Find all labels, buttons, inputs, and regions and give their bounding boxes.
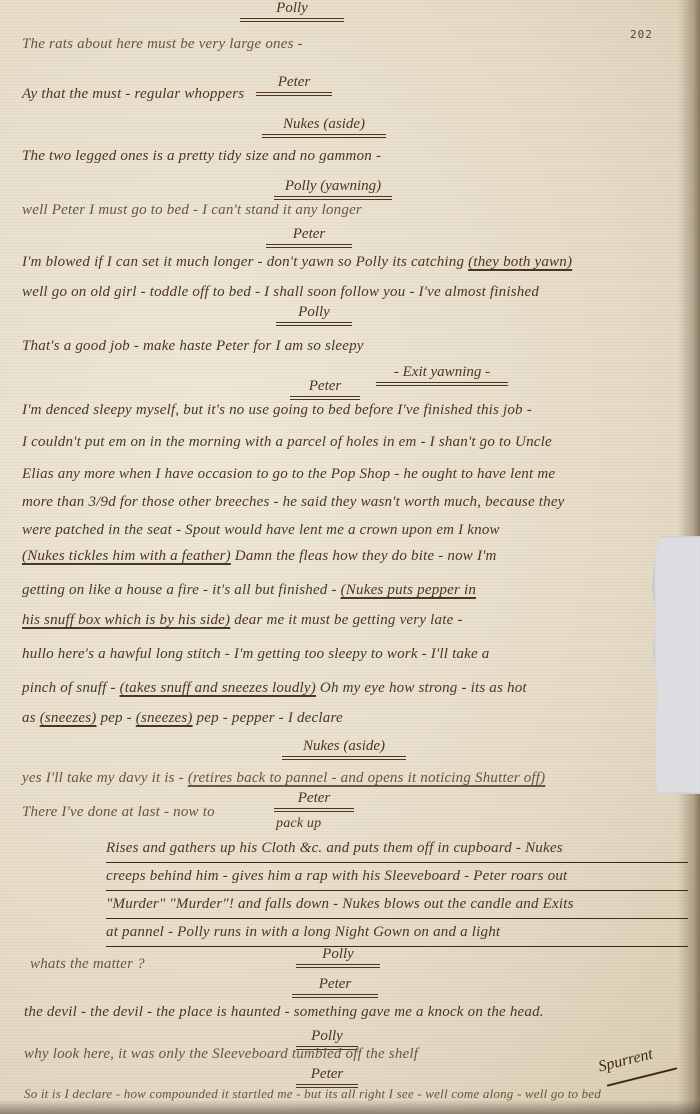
dialogue-line: the devil - the devil - the place is hau… [24, 1004, 544, 1021]
speaker-heading: Polly [240, 0, 344, 22]
speaker-heading: Nukes (aside) [282, 738, 406, 760]
dialogue-line: whats the matter ? [30, 956, 145, 973]
dialogue-text: yes I'll take my davy it is - [22, 770, 184, 786]
dialogue-line: There I've done at last - now to [22, 804, 215, 821]
speaker-name: Peter [298, 790, 330, 806]
speaker-heading: Polly [276, 304, 352, 326]
speaker-name: Nukes (aside) [303, 738, 385, 754]
stage-direction: (sneezes) [136, 710, 193, 726]
stage-direction: (Nukes tickles him with a feather) [22, 548, 231, 564]
dialogue-text: pinch of snuff - [22, 680, 116, 696]
speaker-heading: Peter [296, 1066, 358, 1088]
dialogue-text: as [22, 710, 36, 726]
dialogue-line: Ay that the must - regular whoppers [22, 86, 244, 103]
speaker-name: Peter [311, 1066, 343, 1082]
speaker-name: Polly [322, 946, 354, 962]
dialogue-text: Damn the fleas how they do bite - now I'… [235, 548, 497, 564]
dialogue-line: The two legged ones is a pretty tidy siz… [22, 148, 381, 165]
stage-direction: (sneezes) [40, 710, 97, 726]
dialogue-text: I'm blowed if I can set it much longer -… [22, 254, 464, 270]
torn-paper-region [652, 536, 700, 794]
dialogue-line: well Peter I must go to bed - I can't st… [22, 202, 362, 219]
speaker-name: Peter [278, 74, 310, 90]
speaker-name: Peter [309, 378, 341, 394]
speaker-name: Peter [293, 226, 325, 242]
speaker-heading: Polly [296, 946, 380, 968]
speaker-name: Polly (yawning) [285, 178, 381, 194]
dialogue-text: getting on like a house a fire - it's al… [22, 582, 337, 598]
underline-rule [106, 946, 688, 947]
page-bottom-shadow [0, 1100, 700, 1114]
stage-direction: (Nukes puts pepper in [341, 582, 476, 598]
caret-insert: pack up [276, 816, 321, 832]
dialogue-line: as (sneezes) pep - (sneezes) pep - peppe… [22, 710, 343, 727]
dialogue-text: dear me it must be getting very late - [234, 612, 462, 628]
dialogue-line: why look here, it was only the Sleeveboa… [24, 1046, 418, 1063]
speaker-heading: Peter [274, 790, 354, 812]
underline-rule [106, 890, 688, 891]
dialogue-line: more than 3/9d for those other breeches … [22, 494, 565, 511]
exit-direction: - Exit yawning - [376, 364, 508, 386]
speaker-name: Polly [311, 1028, 343, 1044]
speaker-name: Peter [319, 976, 351, 992]
dialogue-line: That's a good job - make haste Peter for… [22, 338, 364, 355]
dialogue-line: So it is I declare - how compounded it s… [24, 1086, 601, 1102]
dialogue-line: getting on like a house a fire - it's al… [22, 582, 476, 599]
signature: Spurrent [597, 1046, 655, 1077]
stage-direction: his snuff box which is by his side) [22, 612, 230, 628]
dialogue-text: Oh my eye how strong - its as hot [320, 680, 527, 696]
stage-direction-line: at pannel - Polly runs in with a long Ni… [106, 924, 500, 941]
speaker-heading: Peter [266, 226, 352, 248]
dialogue-line: hullo here's a hawful long stitch - I'm … [22, 646, 490, 663]
dialogue-line: yes I'll take my davy it is - (retires b… [22, 770, 545, 787]
stage-direction-line: Rises and gathers up his Cloth &c. and p… [106, 840, 563, 857]
stage-direction: (retires back to pannel - and opens it n… [188, 770, 546, 786]
speaker-name: Nukes (aside) [283, 116, 365, 132]
speaker-heading: Peter [256, 74, 332, 96]
speaker-name: Polly [298, 304, 330, 320]
dialogue-line: were patched in the seat - Spout would h… [22, 522, 500, 539]
dialogue-line: The rats about here must be very large o… [22, 36, 303, 53]
page-number: 202 [630, 28, 653, 41]
speaker-name: Polly [276, 0, 308, 16]
stage-direction-line: "Murder" "Murder"! and falls down - Nuke… [106, 896, 574, 913]
underline-rule [106, 918, 688, 919]
stage-direction-line: creeps behind him - gives him a rap with… [106, 868, 567, 885]
dialogue-text: There I've done at last - now to [22, 804, 215, 820]
dialogue-line: well go on old girl - toddle off to bed … [22, 284, 539, 301]
dialogue-line: Elias any more when I have occasion to g… [22, 466, 555, 483]
dialogue-line: I'm blowed if I can set it much longer -… [22, 254, 572, 271]
stage-direction: (takes snuff and sneezes loudly) [120, 680, 316, 696]
speaker-heading: Polly (yawning) [274, 178, 392, 200]
dialogue-line: his snuff box which is by his side) dear… [22, 612, 463, 629]
dialogue-text: pep - [100, 710, 131, 726]
speaker-heading: Peter [292, 976, 378, 998]
dialogue-line: I couldn't put em on in the morning with… [22, 434, 552, 451]
stage-direction: (they both yawn) [468, 254, 572, 270]
dialogue-text: pep - pepper - I declare [197, 710, 343, 726]
speaker-heading: Peter [290, 378, 360, 400]
underline-rule [106, 862, 688, 863]
dialogue-line: (Nukes tickles him with a feather) Damn … [22, 548, 497, 565]
dialogue-line: pinch of snuff - (takes snuff and sneeze… [22, 680, 527, 697]
speaker-heading: Nukes (aside) [262, 116, 386, 138]
dialogue-line: I'm denced sleepy myself, but it's no us… [22, 402, 532, 419]
stage-direction: - Exit yawning - [394, 364, 490, 380]
manuscript-page: 202 Polly The rats about here must be ve… [0, 0, 700, 1114]
